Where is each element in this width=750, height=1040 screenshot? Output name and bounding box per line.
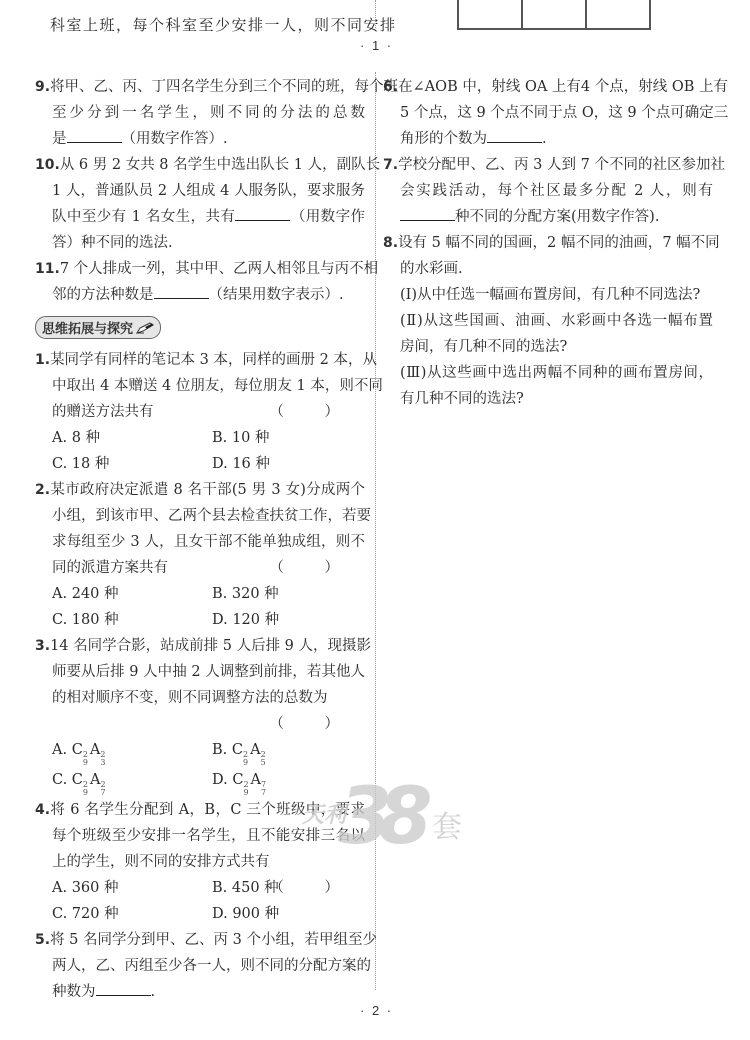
answer-blank[interactable] bbox=[67, 128, 122, 143]
question-text: 中取出 4 本赠送 4 位朋友，每位朋友 1 本，则不同 bbox=[35, 373, 365, 399]
option-d[interactable]: D. 16 种 bbox=[212, 451, 372, 477]
answer-blank[interactable] bbox=[154, 284, 209, 299]
answer-paren[interactable]: （ ） bbox=[269, 399, 357, 425]
question-text: 1 人，普通队员 2 人组成 4 人服务队，要求服务 bbox=[35, 178, 365, 204]
grid-cell bbox=[458, 0, 522, 29]
question-text: 两人，乙、丙组至少各一人，则不同的分配方案的 bbox=[35, 953, 365, 979]
question-text: 每个班级至少安排一名学生，且不能安排三名以 bbox=[35, 823, 365, 849]
option-label: D. bbox=[212, 772, 228, 788]
previous-page-text: 科室上班，每个科室至少安排一人，则不同安排 bbox=[50, 14, 397, 35]
mcq-options: A. 240 种 B. 320 种 C. 180 种 D. 120 种 bbox=[35, 581, 365, 633]
question-text: 求每组至少 3 人，且女干部不能单独成组，则不 bbox=[35, 529, 365, 555]
question-text: 小组，到该市甲、乙两个县去检查扶贫工作，若要 bbox=[35, 503, 365, 529]
question-text: 至少分到一名学生，则不同的分法的总数 bbox=[35, 100, 365, 126]
question-text: 同的派遣方案共有 bbox=[52, 560, 168, 576]
column-divider-top bbox=[375, 0, 376, 28]
question-number: 1. bbox=[35, 352, 50, 368]
question-number: 2. bbox=[35, 482, 50, 498]
question-text: 在∠AOB 中，射线 OA 上有4 个点，射线 OB 上有 bbox=[398, 79, 728, 95]
question-number: 5. bbox=[35, 932, 50, 948]
question-text: . bbox=[151, 984, 156, 1000]
question-text: 邻的方法种数是 bbox=[52, 287, 154, 303]
combination-indices: 29 bbox=[83, 751, 88, 767]
combination-indices: 29 bbox=[243, 781, 248, 797]
answer-paren[interactable]: （ ） bbox=[269, 555, 357, 581]
question-number: 4. bbox=[35, 802, 50, 818]
sub-question-2: (Ⅱ)从这些国画、油画、水彩画中各选一幅布置 bbox=[383, 308, 713, 334]
option-c[interactable]: C. C29A27 bbox=[52, 767, 212, 797]
page-number-1: · 1 · bbox=[360, 38, 393, 53]
question-text: 某同学有同样的笔记本 3 本，同样的画册 2 本，从 bbox=[50, 352, 377, 368]
sub-question-1: (Ⅰ)从中任选一幅画布置房间，有几种不同选法? bbox=[383, 282, 713, 308]
option-a[interactable]: A. 8 种 bbox=[52, 425, 212, 451]
question-number: 8. bbox=[383, 235, 398, 251]
question-text: 设有 5 幅不同的国画，2 幅不同的油画，7 幅不同 bbox=[398, 235, 720, 251]
mcq-options: A. 8 种 B. 10 种 C. 18 种 D. 16 种 bbox=[35, 425, 365, 477]
question-text: 种数为 bbox=[52, 984, 96, 1000]
question-text: 某市政府决定派遣 8 名干部(5 男 3 女)分成两个 bbox=[50, 482, 365, 498]
combination-indices: 29 bbox=[243, 751, 248, 767]
question-number: 3. bbox=[35, 638, 50, 654]
sub-question-3: (Ⅲ)从这些画中选出两幅不同种的画布置房间， bbox=[383, 360, 713, 386]
mcq-options: A. 360 种 B. 450 种 C. 720 种 D. 900 种 bbox=[35, 875, 269, 927]
answer-blank[interactable] bbox=[235, 206, 290, 221]
question-text: 从 6 男 2 女共 8 名学生中选出队长 1 人，副队长 bbox=[60, 157, 380, 173]
question-6: 6.在∠AOB 中，射线 OA 上有4 个点，射线 OB 上有 5 个点，这 9… bbox=[383, 74, 713, 152]
question-text: 5 个点，这 9 个点不同于点 O，这 9 个点可确定三 bbox=[383, 100, 713, 126]
question-number: 7. bbox=[383, 157, 398, 173]
question-text: 学校分配甲、乙、丙 3 人到 7 个不同的社区参加社 bbox=[398, 157, 725, 173]
mcq-question-1: 1.某同学有同样的笔记本 3 本，同样的画册 2 本，从 中取出 4 本赠送 4… bbox=[35, 347, 365, 425]
question-text: 7 个人排成一列，其中甲、乙两人相邻且与丙不相 bbox=[60, 261, 378, 277]
question-text: 会实践活动，每个社区最多分配 2 人，则有 bbox=[383, 178, 713, 204]
grid-cell bbox=[586, 0, 650, 29]
question-text: 将甲、乙、丙、丁四名学生分到三个不同的班，每个班 bbox=[50, 79, 398, 95]
question-text: 的水彩画. bbox=[383, 256, 713, 282]
answer-grid-table bbox=[457, 0, 651, 30]
page-number-2: · 2 · bbox=[360, 1003, 393, 1018]
question-9: 9.将甲、乙、丙、丁四名学生分到三个不同的班，每个班 至少分到一名学生，则不同的… bbox=[35, 74, 365, 152]
option-b[interactable]: B. C29A25 bbox=[212, 737, 372, 767]
question-text: 上的学生，则不同的安排方式共有 bbox=[52, 854, 270, 870]
arrangement-indices: 25 bbox=[261, 751, 266, 767]
question-5: 5.将 5 名同学分到甲、乙、丙 3 个小组，若甲组至少 两人，乙、丙组至少各一… bbox=[35, 927, 365, 1005]
grid-cell bbox=[522, 0, 586, 29]
arrangement-indices: 23 bbox=[100, 751, 105, 767]
option-d[interactable]: D. 900 种 bbox=[212, 901, 372, 927]
question-number: 11. bbox=[35, 261, 60, 277]
column-divider bbox=[375, 72, 376, 990]
answer-blank[interactable] bbox=[400, 206, 455, 221]
combination-indices: 29 bbox=[83, 781, 88, 797]
arrangement-indices: 77 bbox=[261, 781, 266, 797]
pencil-icon bbox=[136, 322, 154, 334]
question-text: 的相对顺序不变，则不同调整方法的总数为 bbox=[35, 685, 365, 711]
question-text: . bbox=[542, 131, 547, 147]
watermark-suffix: 套 bbox=[432, 802, 462, 846]
answer-blank[interactable] bbox=[487, 128, 542, 143]
sub-question-2-cont: 房间，有几种不同的选法? bbox=[383, 334, 713, 360]
right-column: 6.在∠AOB 中，射线 OA 上有4 个点，射线 OB 上有 5 个点，这 9… bbox=[383, 74, 713, 412]
question-text: 队中至少有 1 名女生，共有 bbox=[52, 209, 235, 225]
question-text: 的赠送方法共有 bbox=[52, 404, 154, 420]
mcq-question-3: 3.14 名同学合影，站成前排 5 人后排 9 人，现摄影 师要从后排 9 人中… bbox=[35, 633, 365, 737]
option-label: B. bbox=[212, 742, 227, 758]
question-text: （用数字作 bbox=[290, 209, 365, 225]
question-text: 将 5 名同学分到甲、乙、丙 3 个小组，若甲组至少 bbox=[50, 932, 377, 948]
option-label: A. bbox=[52, 742, 67, 758]
option-d[interactable]: D. C29A77 bbox=[212, 767, 372, 797]
section-title: 思维拓展与探究 bbox=[42, 318, 133, 337]
option-b[interactable]: B. 10 种 bbox=[212, 425, 372, 451]
option-c[interactable]: C. 720 种 bbox=[52, 901, 212, 927]
arrangement-indices: 27 bbox=[100, 781, 105, 797]
mcq-question-4: 4.将 6 名学生分配到 A，B，C 三个班级中，要求 每个班级至少安排一名学生… bbox=[35, 797, 365, 875]
option-a[interactable]: A. C29A23 bbox=[52, 737, 212, 767]
question-text: 种不同的分配方案(用数字作答). bbox=[455, 209, 659, 225]
question-text: 师要从后排 9 人中抽 2 人调整到前排，若其他人 bbox=[35, 659, 365, 685]
option-a[interactable]: A. 240 种 bbox=[52, 581, 212, 607]
option-c[interactable]: C. 18 种 bbox=[52, 451, 212, 477]
question-number: 6. bbox=[383, 79, 398, 95]
question-text: 将 6 名学生分配到 A，B，C 三个班级中，要求 bbox=[50, 802, 365, 818]
question-text: 是 bbox=[52, 131, 67, 147]
answer-blank[interactable] bbox=[96, 981, 151, 996]
option-label: C. bbox=[52, 772, 67, 788]
option-a[interactable]: A. 360 种 bbox=[52, 875, 212, 901]
question-text: （用数字作答）. bbox=[122, 131, 228, 147]
question-7: 7.学校分配甲、乙、丙 3 人到 7 个不同的社区参加社 会实践活动，每个社区最… bbox=[383, 152, 713, 230]
left-column: 9.将甲、乙、丙、丁四名学生分到三个不同的班，每个班 至少分到一名学生，则不同的… bbox=[35, 74, 365, 1005]
option-b[interactable]: B. 450 种 bbox=[212, 875, 372, 901]
question-8: 8.设有 5 幅不同的国画，2 幅不同的油画，7 幅不同 的水彩画. (Ⅰ)从中… bbox=[383, 230, 713, 412]
question-10: 10.从 6 男 2 女共 8 名学生中选出队长 1 人，副队长 1 人，普通队… bbox=[35, 152, 365, 256]
answer-paren[interactable]: （ ） bbox=[269, 711, 357, 737]
option-b[interactable]: B. 320 种 bbox=[212, 581, 372, 607]
sub-question-3-cont: 有几种不同的选法? bbox=[383, 386, 713, 412]
question-text: 答）种不同的选法. bbox=[35, 230, 365, 256]
mcq-question-2: 2.某市政府决定派遣 8 名干部(5 男 3 女)分成两个 小组，到该市甲、乙两… bbox=[35, 477, 365, 581]
mcq-options: A. C29A23 B. C29A25 C. C29A27 D. C29A77 bbox=[35, 737, 365, 797]
question-text: （结果用数字表示）. bbox=[209, 287, 344, 303]
question-number: 10. bbox=[35, 157, 60, 173]
question-11: 11.7 个人排成一列，其中甲、乙两人相邻且与丙不相 邻的方法种数是（结果用数字… bbox=[35, 256, 365, 308]
option-c[interactable]: C. 180 种 bbox=[52, 607, 212, 633]
question-number: 9. bbox=[35, 79, 50, 95]
question-text: 角形的个数为 bbox=[400, 131, 487, 147]
section-title-badge: 思维拓展与探究 bbox=[35, 316, 161, 339]
question-text: 14 名同学合影，站成前排 5 人后排 9 人，现摄影 bbox=[50, 638, 371, 654]
cut-off-text-line bbox=[50, 0, 360, 4]
option-d[interactable]: D. 120 种 bbox=[212, 607, 372, 633]
